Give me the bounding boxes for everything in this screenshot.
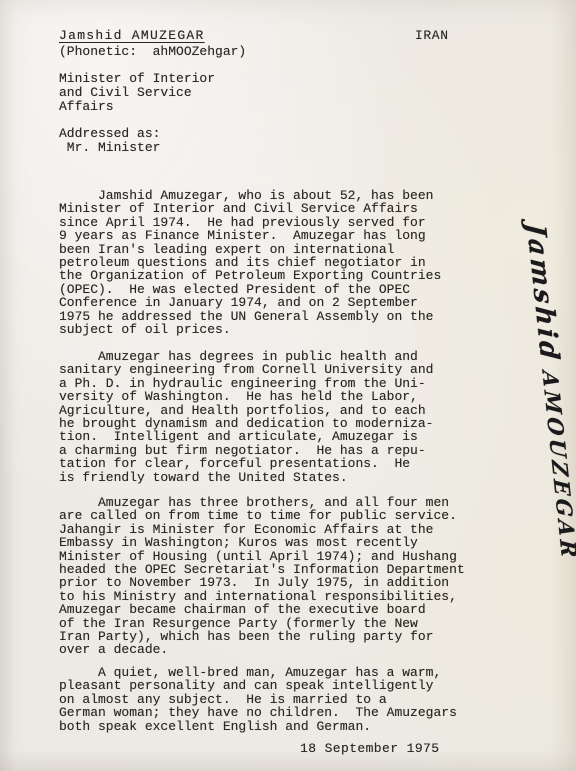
bio-paragraph-4: A quiet, well-bred man, Amuzegar has a w… xyxy=(59,666,457,733)
country-label: IRAN xyxy=(415,29,449,42)
bio-paragraph-1: Jamshid Amuzegar, who is about 52, has b… xyxy=(59,189,441,336)
addressed-as-block: Addressed as: Mr. Minister xyxy=(59,127,160,155)
phonetic-guide: (Phonetic: ahMOOZehgar) xyxy=(59,45,246,58)
bio-paragraph-2: Amuzegar has degrees in public health an… xyxy=(59,350,433,484)
signature-first-name: Jamshid xyxy=(520,223,565,364)
signature-last-name: AMOUZEGAR xyxy=(537,370,576,561)
document-page: Jamshid AMUZEGAR IRAN (Phonetic: ahMOOZe… xyxy=(0,0,576,771)
date-line: 18 September 1975 xyxy=(300,742,439,755)
person-title: Minister of Interior and Civil Service A… xyxy=(59,72,215,114)
person-name: Jamshid AMUZEGAR xyxy=(59,29,205,42)
bio-paragraph-3: Amuzegar has three brothers, and all fou… xyxy=(59,496,465,657)
handwritten-signature: JamshidAMOUZEGAR xyxy=(527,223,575,552)
